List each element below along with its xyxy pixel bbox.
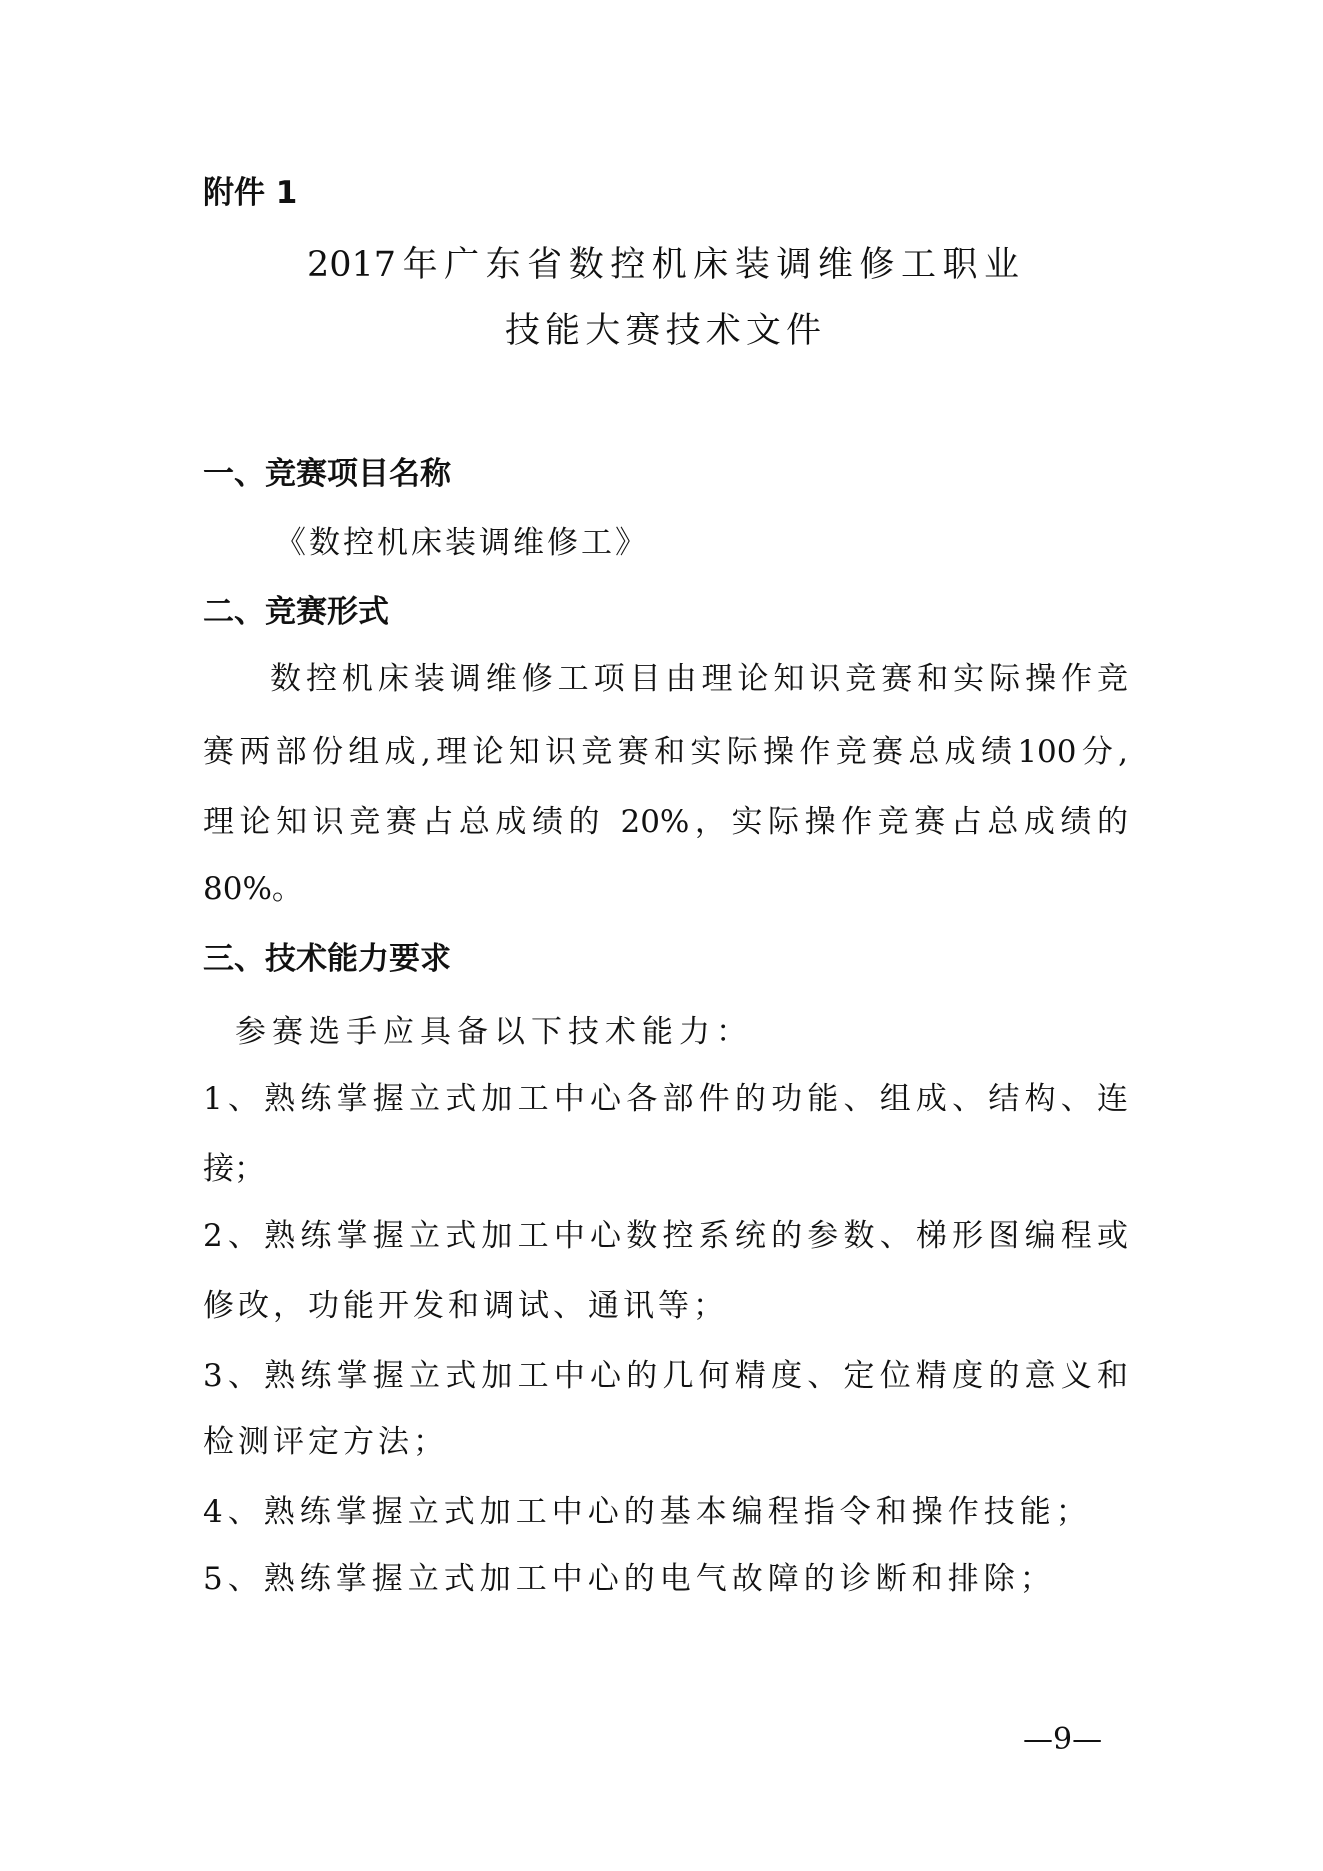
- ability-item-3-cont: 检测评定方法；: [203, 1427, 448, 1458]
- document-title-line-2: 技能大赛技术文件: [505, 314, 821, 349]
- ability-item-1: 1、熟练掌握立式加工中心各部件的功能、组成、结构、连: [203, 1084, 1128, 1115]
- abilities-intro: 参赛选手应具备以下技术能力：: [235, 1017, 753, 1048]
- ability-item-2-cont: 修改，功能开发和调试、通讯等；: [203, 1291, 728, 1322]
- ability-item-4: 4、熟练掌握立式加工中心的基本编程指令和操作技能；: [203, 1497, 1092, 1528]
- paragraph-line: 数控机床装调维修工项目由理论知识竞赛和实际操作竞: [270, 664, 1128, 695]
- section-heading-3: 三、技术能力要求: [203, 944, 451, 975]
- ability-item-1-cont: 接；: [203, 1154, 265, 1185]
- ability-item-3: 3、熟练掌握立式加工中心的几何精度、定位精度的意义和: [203, 1361, 1128, 1392]
- section-heading-2: 二、竞赛形式: [203, 597, 389, 628]
- document-title-line-1: 2017年广东省数控机床装调维修工职业: [307, 248, 1019, 283]
- ability-item-2: 2、熟练掌握立式加工中心数控系统的参数、梯形图编程或: [203, 1221, 1128, 1252]
- document-page: 附件 1 2017年广东省数控机床装调维修工职业 技能大赛技术文件 一、竞赛项目…: [0, 0, 1323, 1871]
- section-heading-1: 一、竞赛项目名称: [203, 459, 451, 490]
- page-number: —9—: [1023, 1725, 1102, 1755]
- competition-project-name: 《数控机床装调维修工》: [275, 528, 649, 559]
- attachment-label: 附件 1: [203, 178, 297, 209]
- paragraph-line: 80%。: [203, 874, 303, 905]
- ability-item-5: 5、熟练掌握立式加工中心的电气故障的诊断和排除；: [203, 1564, 1056, 1595]
- paragraph-line: 赛两部份组成,理论知识竞赛和实际操作竞赛总成绩100分,: [203, 737, 1128, 768]
- paragraph-line: 理论知识竞赛占总成绩的 20%，实际操作竞赛占总成绩的: [203, 807, 1128, 838]
